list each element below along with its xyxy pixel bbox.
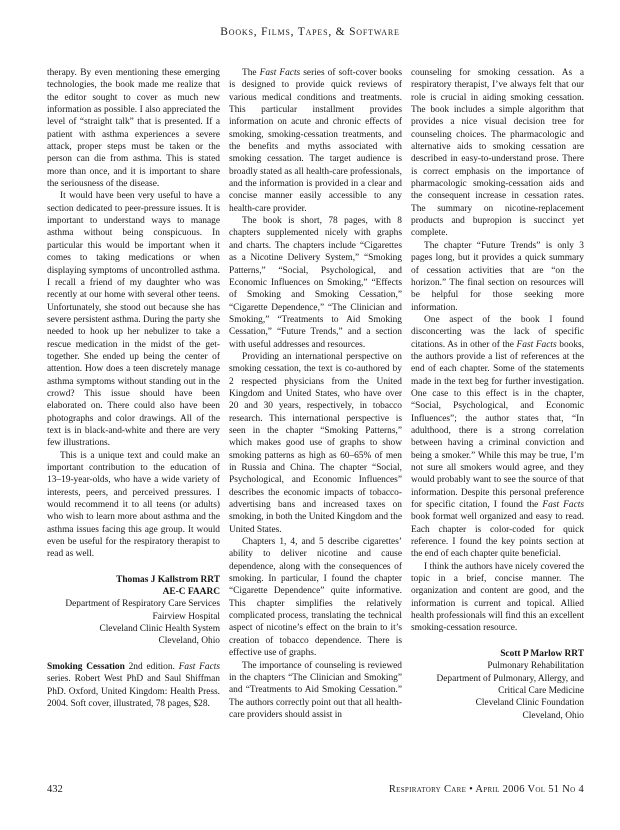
text-segment: The importance of counseling is reviewed… (229, 661, 402, 720)
text-segment: Fast Facts (542, 500, 584, 510)
reviewer1-hospital: Fairview Hospital (47, 611, 220, 623)
text-segment: Department of Respiratory Care Services (65, 599, 220, 609)
text-segment: book format well organized and easy to r… (411, 512, 584, 559)
text-segment: Chapters 1, 4, and 5 describe cigarettes… (229, 537, 402, 658)
text-segment: The (242, 68, 260, 78)
text-segment: therapy. By even mentioning these emergi… (47, 68, 220, 189)
text-segment: Cleveland Clinic Foundation (476, 698, 584, 708)
reviewer2-title: Pulmonary Rehabilitation (411, 660, 584, 672)
column-left: therapy. By even mentioning these emergi… (47, 67, 220, 722)
text-segment: books, the authors provide a list of ref… (411, 340, 584, 510)
text-segment: Critical Care Medicine (498, 686, 584, 696)
review2-paragraph-counseling: The importance of counseling is reviewed… (229, 660, 402, 722)
review1-paragraph-continuation: therapy. By even mentioning these emergi… (47, 67, 220, 190)
reviewer2-department-line2: Critical Care Medicine (411, 685, 584, 697)
column-middle: The Fast Facts series of soft-cover book… (229, 67, 402, 722)
text-segment: Cleveland, Ohio (159, 636, 220, 646)
review2-paragraph-citations: One aspect of the book I found disconcer… (411, 314, 584, 561)
book-citation: Smoking Cessation 2nd edition. Fast Fact… (47, 661, 220, 710)
text-segment: counseling for smoking cessation. As a r… (411, 68, 584, 238)
text-segment: The book is short, 78 pages, with 8 chap… (229, 216, 402, 349)
review1-paragraph-recommendation: This is a unique text and could make an … (47, 450, 220, 561)
journal-page: Books, Films, Tapes, & Software therapy.… (0, 0, 620, 830)
column-right: counseling for smoking cessation. As a r… (411, 67, 584, 722)
text-segment: Fast Facts (260, 68, 301, 78)
reviewer2-institution: Cleveland Clinic Foundation (411, 697, 584, 709)
article-columns: therapy. By even mentioning these emergi… (47, 67, 584, 722)
text-segment: Cleveland Clinic Health System (99, 624, 220, 634)
text-segment: AE-C FAARC (163, 587, 220, 597)
text-segment: series. Robert West PhD and Saul Shiffma… (47, 674, 220, 709)
text-segment: Thomas J Kallstrom RRT (116, 575, 220, 585)
reviewer1-health-system: Cleveland Clinic Health System (47, 623, 220, 635)
review2-paragraph-future-trends: The chapter “Future Trends” is only 3 pa… (411, 240, 584, 314)
text-segment: I think the authors have nicely covered … (411, 562, 584, 634)
review2-paragraph-conclusion: I think the authors have nicely covered … (411, 561, 584, 635)
text-segment: Smoking Cessation (47, 662, 125, 672)
text-segment: It would have been very useful to have a… (47, 191, 220, 448)
reviewer1-name: Thomas J Kallstrom RRT (47, 574, 220, 586)
text-segment: Pulmonary Rehabilitation (487, 661, 584, 671)
text-segment: Fairview Hospital (153, 612, 220, 622)
page-number: 432 (47, 784, 63, 795)
review2-paragraph-chapters: The book is short, 78 pages, with 8 chap… (229, 215, 402, 351)
text-segment: series of soft-cover books is designed t… (229, 68, 402, 214)
reviewer1-city: Cleveland, Ohio (47, 635, 220, 647)
text-segment: Fast Facts (517, 340, 557, 350)
reviewer2-department-line1: Department of Pulmonary, Allergy, and (411, 673, 584, 685)
review2-paragraph-counseling-continuation: counseling for smoking cessation. As a r… (411, 67, 584, 240)
text-segment: Department of Pulmonary, Allergy, and (436, 674, 584, 684)
reviewer2-name: Scott P Marlow RRT (411, 648, 584, 660)
page-footer: 432 Respiratory Care • April 2006 Vol 51… (47, 784, 584, 795)
text-segment: Cleveland, Ohio (523, 711, 584, 721)
running-head: Books, Films, Tapes, & Software (0, 26, 620, 38)
review2-paragraph-nicotine: Chapters 1, 4, and 5 describe cigarettes… (229, 536, 402, 659)
text-segment: Fast Facts (179, 662, 220, 672)
text-segment: Providing an international perspective o… (229, 352, 402, 535)
journal-citation: Respiratory Care • April 2006 Vol 51 No … (389, 784, 584, 795)
review1-paragraph-peer-pressure: It would have been very useful to have a… (47, 190, 220, 449)
reviewer1-department: Department of Respiratory Care Services (47, 598, 220, 610)
reviewer1-credentials: AE-C FAARC (47, 586, 220, 598)
text-segment: This is a unique text and could make an … (47, 451, 220, 560)
reviewer2-city: Cleveland, Ohio (411, 710, 584, 722)
review2-paragraph-international: Providing an international perspective o… (229, 351, 402, 536)
text-segment: The chapter “Future Trends” is only 3 pa… (411, 241, 584, 313)
review2-paragraph-series-overview: The Fast Facts series of soft-cover book… (229, 67, 402, 215)
text-segment: 2nd edition. (125, 662, 179, 672)
text-segment: Scott P Marlow RRT (500, 649, 584, 659)
